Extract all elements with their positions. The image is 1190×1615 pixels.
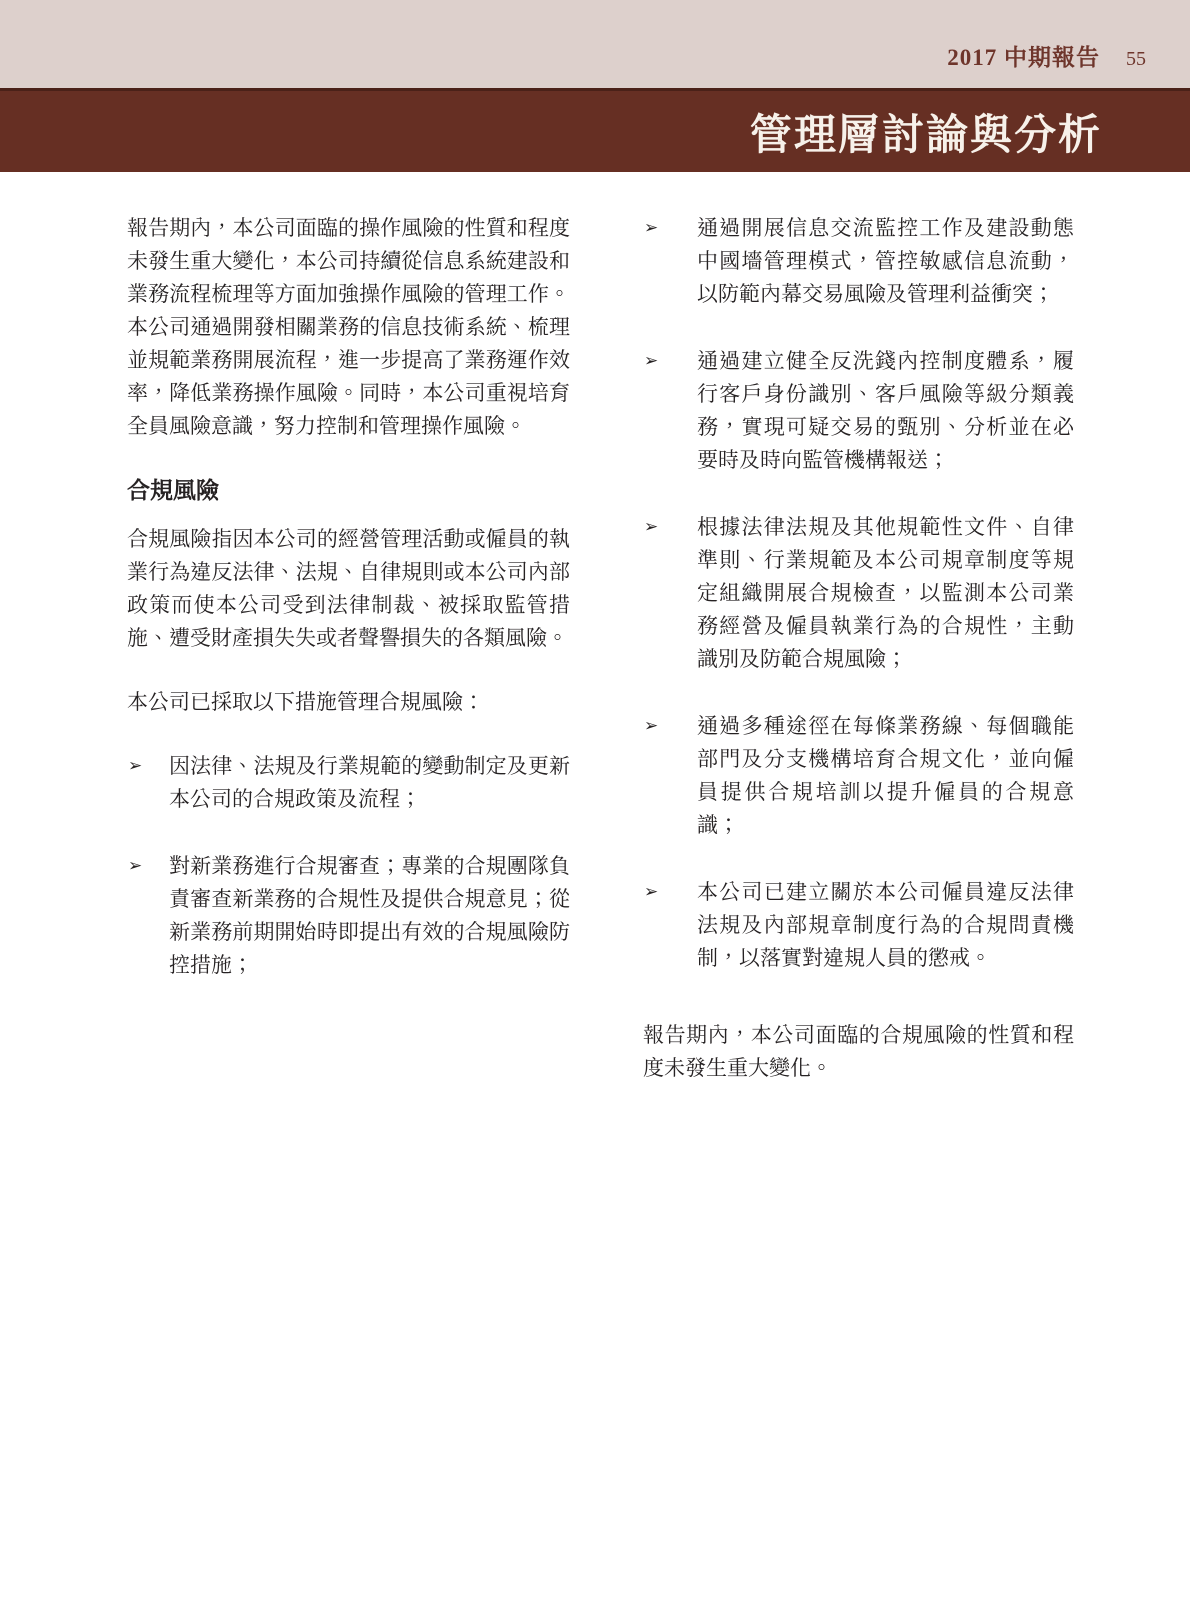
arrow-bullet-icon: ➢ — [644, 345, 658, 378]
report-title: 2017 中期報告 — [947, 39, 1100, 72]
section-banner: 管理層討論與分析 — [0, 88, 1190, 172]
bullet-text: 對新業務進行合規審查；專業的合規團隊負責審查新業務的合規性及提供合規意見；從新業… — [169, 850, 570, 982]
report-header-text: 2017 中期報告 55 — [947, 39, 1146, 72]
paragraph: 本公司已採取以下措施管理合規風險： — [127, 686, 570, 719]
bullet-item: ➢ 通過建立健全反洗錢內控制度體系，履行客戶身份識別、客戶風險等級分類義務，實現… — [643, 345, 1074, 477]
arrow-bullet-icon: ➢ — [644, 212, 658, 245]
left-column: 報告期內，本公司面臨的操作風險的性質和程度未發生重大變化，本公司持續從信息系統建… — [127, 212, 570, 1085]
closing-paragraph: 報告期內，本公司面臨的合規風險的性質和程度未發生重大變化。 — [643, 1019, 1074, 1085]
arrow-bullet-icon: ➢ — [128, 750, 142, 783]
paragraph: 合規風險指因本公司的經營管理活動或僱員的執業行為違反法律、法規、自律規則或本公司… — [127, 523, 570, 655]
section-heading: 合規風險 — [127, 474, 570, 507]
bullet-text: 通過開展信息交流監控工作及建設動態中國墻管理模式，管控敏感信息流動，以防範內幕交… — [697, 212, 1074, 311]
report-page: { "page": { "header": { "report_title": … — [0, 0, 1190, 1615]
right-column: ➢ 通過開展信息交流監控工作及建設動態中國墻管理模式，管控敏感信息流動，以防範內… — [643, 212, 1074, 1085]
arrow-bullet-icon: ➢ — [644, 710, 658, 743]
section-banner-title: 管理層討論與分析 — [750, 102, 1102, 162]
bullet-text: 因法律、法規及行業規範的變動制定及更新本公司的合規政策及流程； — [169, 750, 570, 816]
page-number: 55 — [1126, 48, 1146, 71]
arrow-bullet-icon: ➢ — [644, 511, 658, 544]
bullet-item: ➢ 通過多種途徑在每條業務線、每個職能部門及分支機構培育合規文化，並向僱員提供合… — [643, 710, 1074, 842]
bullet-text: 根據法律法規及其他規範性文件、自律準則、行業規範及本公司規章制度等規定組織開展合… — [697, 511, 1074, 676]
bullet-text: 通過多種途徑在每條業務線、每個職能部門及分支機構培育合規文化，並向僱員提供合規培… — [697, 710, 1074, 842]
bullet-item: ➢ 根據法律法規及其他規範性文件、自律準則、行業規範及本公司規章制度等規定組織開… — [643, 511, 1074, 676]
report-header-strip: 2017 中期報告 55 — [0, 0, 1190, 88]
bullet-text: 通過建立健全反洗錢內控制度體系，履行客戶身份識別、客戶風險等級分類義務，實現可疑… — [697, 345, 1074, 477]
bullet-item: ➢ 因法律、法規及行業規範的變動制定及更新本公司的合規政策及流程； — [127, 750, 570, 816]
bullet-item: ➢ 對新業務進行合規審查；專業的合規團隊負責審查新業務的合規性及提供合規意見；從… — [127, 850, 570, 982]
page-content: 報告期內，本公司面臨的操作風險的性質和程度未發生重大變化，本公司持續從信息系統建… — [0, 172, 1190, 1085]
arrow-bullet-icon: ➢ — [128, 850, 142, 883]
bullet-item: ➢ 通過開展信息交流監控工作及建設動態中國墻管理模式，管控敏感信息流動，以防範內… — [643, 212, 1074, 311]
paragraph: 報告期內，本公司面臨的操作風險的性質和程度未發生重大變化，本公司持續從信息系統建… — [127, 212, 570, 443]
arrow-bullet-icon: ➢ — [644, 876, 658, 909]
bullet-text: 本公司已建立關於本公司僱員違反法律法規及內部規章制度行為的合規問責機制，以落實對… — [697, 876, 1074, 975]
bullet-item: ➢ 本公司已建立關於本公司僱員違反法律法規及內部規章制度行為的合規問責機制，以落… — [643, 876, 1074, 975]
